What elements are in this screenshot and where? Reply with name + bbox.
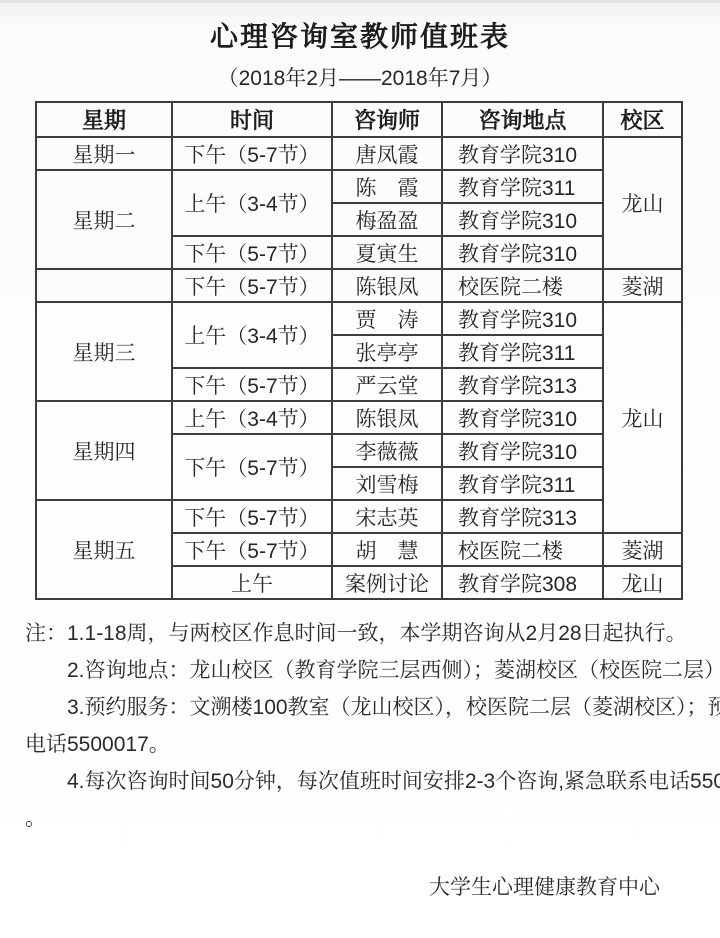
counselor-cell: 宋志英 xyxy=(332,500,442,533)
time-cell: 下午（5-7节） xyxy=(172,236,332,269)
counselor-cell: 案例讨论 xyxy=(332,566,442,599)
note-line-6: 。 xyxy=(25,800,698,837)
location-cell: 教育学院311 xyxy=(442,467,603,500)
day-cell: 星期四 xyxy=(36,401,172,500)
page-title: 心理咨询室教师值班表 xyxy=(0,0,720,55)
time-cell: 下午（5-7节） xyxy=(172,434,332,500)
note-line-5: 4.每次咨询时间50分钟，每次值班时间安排2-3个咨询,紧急联系电话550008… xyxy=(25,763,698,800)
table-row: 星期三 上午（3-4节） 贾 涛 教育学院310 龙山 xyxy=(36,302,682,335)
time-cell: 下午（5-7节） xyxy=(172,533,332,566)
location-cell: 校医院二楼 xyxy=(442,533,603,566)
note-line-2: 2.咨询地点：龙山校区（教育学院三层西侧）；菱湖校区（校医院二层） xyxy=(25,652,698,689)
footnotes: 注：1.1-18周，与两校区作息时间一致，本学期咨询从2月28日起执行。 2.咨… xyxy=(25,615,698,837)
header-row: 星期 时间 咨询师 咨询地点 校区 xyxy=(36,102,682,137)
day-cell: 星期三 xyxy=(36,302,172,401)
counselor-cell: 陈银凤 xyxy=(332,269,442,302)
duty-schedule-table: 星期 时间 咨询师 咨询地点 校区 星期一 下午（5-7节） 唐凤霞 教育学院3… xyxy=(35,101,683,600)
photo-top-edge xyxy=(0,0,720,3)
location-cell: 教育学院310 xyxy=(442,203,603,236)
counselor-cell: 刘雪梅 xyxy=(332,467,442,500)
header-time: 时间 xyxy=(172,102,332,137)
header-day: 星期 xyxy=(36,102,172,137)
time-cell: 上午 xyxy=(172,566,332,599)
table-row: 星期二 上午（3-4节） 陈 霞 教育学院311 xyxy=(36,170,682,203)
time-cell: 下午（5-7节） xyxy=(172,500,332,533)
table-row: 星期一 下午（5-7节） 唐凤霞 教育学院310 龙山 xyxy=(36,137,682,170)
time-cell: 下午（5-7节） xyxy=(172,368,332,401)
time-cell: 下午（5-7节） xyxy=(172,137,332,170)
location-cell: 教育学院313 xyxy=(442,368,603,401)
day-cell: 星期一 xyxy=(36,137,172,170)
location-cell: 校医院二楼 xyxy=(442,269,603,302)
location-cell: 教育学院308 xyxy=(442,566,603,599)
time-cell: 下午（5-7节） xyxy=(172,269,332,302)
table-row: 星期五 下午（5-7节） 宋志英 教育学院313 xyxy=(36,500,682,533)
header-location: 咨询地点 xyxy=(442,102,603,137)
day-cell xyxy=(36,269,172,302)
campus-cell: 龙山 xyxy=(603,137,682,269)
campus-cell: 菱湖 xyxy=(603,269,682,302)
note-line-4: 电话5500017。 xyxy=(25,726,698,763)
location-cell: 教育学院310 xyxy=(442,401,603,434)
time-cell: 上午（3-4节） xyxy=(172,401,332,434)
footer-signature: 大学生心理健康教育中心 xyxy=(0,871,660,901)
page: { "title": "心理咨询室教师值班表", "subtitle": "（2… xyxy=(0,0,720,938)
counselor-cell: 胡 慧 xyxy=(332,533,442,566)
counselor-cell: 张亭亭 xyxy=(332,335,442,368)
campus-cell: 龙山 xyxy=(603,566,682,599)
counselor-cell: 陈银凤 xyxy=(332,401,442,434)
campus-cell: 龙山 xyxy=(603,302,682,533)
counselor-cell: 贾 涛 xyxy=(332,302,442,335)
counselor-cell: 陈 霞 xyxy=(332,170,442,203)
location-cell: 教育学院311 xyxy=(442,170,603,203)
location-cell: 教育学院310 xyxy=(442,137,603,170)
location-cell: 教育学院310 xyxy=(442,434,603,467)
counselor-cell: 梅盈盈 xyxy=(332,203,442,236)
location-cell: 教育学院311 xyxy=(442,335,603,368)
day-cell: 星期二 xyxy=(36,170,172,269)
time-cell: 上午（3-4节） xyxy=(172,170,332,236)
note-line-1: 注：1.1-18周，与两校区作息时间一致，本学期咨询从2月28日起执行。 xyxy=(25,615,698,652)
note-line-3: 3.预约服务：文溯楼100教室（龙山校区），校医院二层（菱湖校区）；预约 xyxy=(25,689,698,726)
header-counselor: 咨询师 xyxy=(332,102,442,137)
location-cell: 教育学院310 xyxy=(442,302,603,335)
time-cell: 上午（3-4节） xyxy=(172,302,332,368)
table-row: 下午（5-7节） 陈银凤 校医院二楼 菱湖 xyxy=(36,269,682,302)
table-row: 星期四 上午（3-4节） 陈银凤 教育学院310 xyxy=(36,401,682,434)
counselor-cell: 严云堂 xyxy=(332,368,442,401)
location-cell: 教育学院313 xyxy=(442,500,603,533)
date-range-subtitle: （2018年2月——2018年7月） xyxy=(0,62,720,92)
counselor-cell: 李薇薇 xyxy=(332,434,442,467)
counselor-cell: 夏寅生 xyxy=(332,236,442,269)
header-campus: 校区 xyxy=(603,102,682,137)
day-cell: 星期五 xyxy=(36,500,172,599)
location-cell: 教育学院310 xyxy=(442,236,603,269)
counselor-cell: 唐凤霞 xyxy=(332,137,442,170)
campus-cell: 菱湖 xyxy=(603,533,682,566)
